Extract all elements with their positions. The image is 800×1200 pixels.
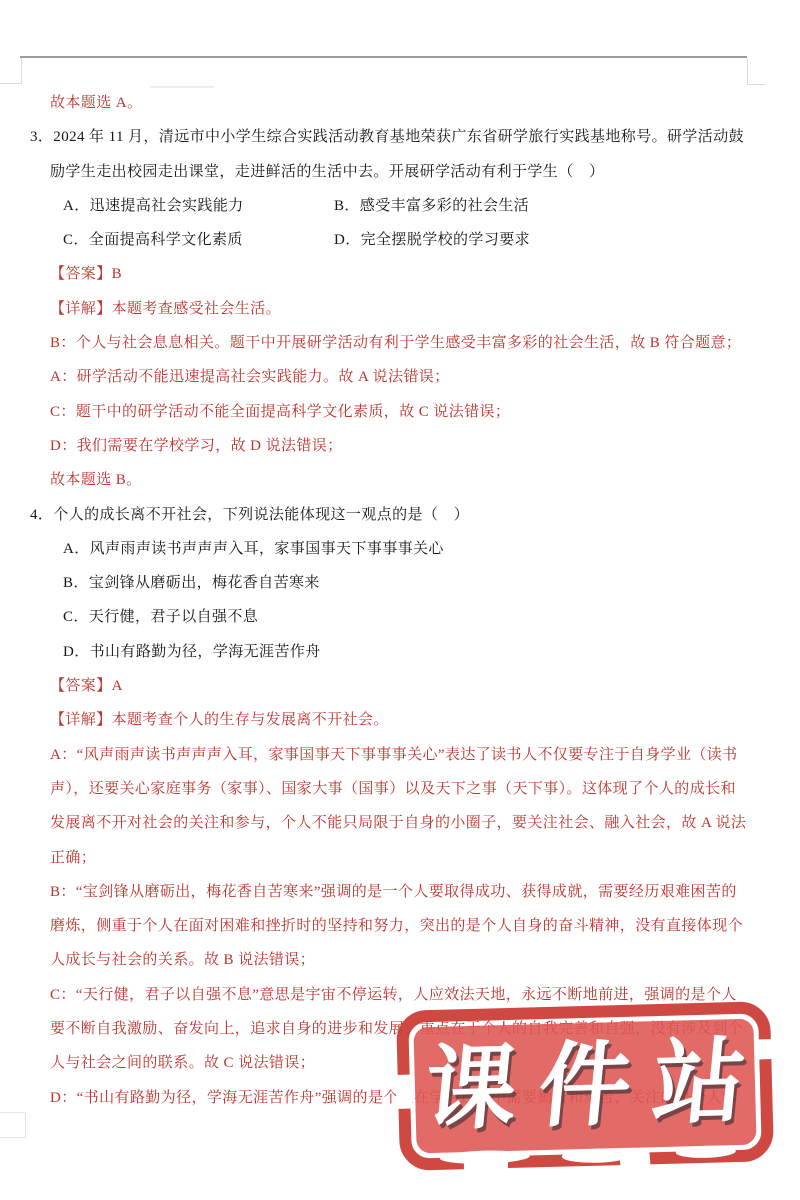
text-line: A：“风声雨声读书声声声入耳，家事国事天下事事事关心”表达了读书人不仅要专注于自… (50, 738, 754, 772)
text-line: 声），还要关心家庭事务（家事）、国家大事（国事）以及天下之事（天下事）。这体现了… (50, 772, 754, 806)
text-line: 故本题选 A。 (50, 86, 754, 120)
text-line: 3．2024 年 11 月，清远市中小学生综合实践活动教育基地荣获广东省研学旅行… (30, 120, 754, 154)
text-line: B：个人与社会息息相关。题干中开展研学活动有利于学生感受丰富多彩的社会生活，故 … (50, 326, 754, 360)
stamp-border-break (757, 1039, 774, 1059)
text-line: C．天行健，君子以自强不息 (63, 600, 754, 634)
stamp-text: 课件站 (421, 1035, 757, 1136)
text-line: B．宝剑锋从磨砺出，梅花香自苦寒来 (63, 566, 754, 600)
option-row: C．全面提高科学文化素质D．完全摆脱学校的学习要求 (63, 223, 754, 257)
text-line: A：研学活动不能迅速提高社会实践能力。故 A 说法错误； (50, 360, 754, 394)
text-line: D：我们需要在学校学习，故 D 说法错误； (50, 429, 754, 463)
stamp-border-break (396, 1075, 413, 1109)
option-row: A．迅速提高社会实践能力B．感受丰富多彩的社会生活 (63, 189, 754, 223)
document-content: 故本题选 A。3．2024 年 11 月，清远市中小学生综合实践活动教育基地荣获… (0, 86, 800, 1115)
text-line: 磨炼，侧重于个人在面对困难和挫折时的坚持和努力，突出的是个人自身的奋斗精神，没有… (50, 909, 754, 943)
option-cell: C．全面提高科学文化素质 (63, 223, 334, 257)
text-line: 4．个人的成长离不开社会，下列说法能体现这一观点的是（ ） (30, 498, 754, 532)
text-line: 励学生走出校园走出课堂，走进鲜活的生活中去。开展研学活动有利于学生（ ） (50, 155, 754, 189)
page-corner-notch-left (0, 58, 22, 84)
text-line: B：“宝剑锋从磨砺出，梅花香自苦寒来”强调的是一个人要取得成功、获得成就，需要经… (50, 875, 754, 909)
text-line: 【详解】本题考查感受社会生活。 (50, 292, 754, 326)
document-page: { "colors": { "red_text": "#bf312b", "bl… (0, 0, 800, 1200)
text-line: D．书山有路勤为径，学海无涯苦作舟 (63, 635, 754, 669)
page-separator-line (20, 56, 747, 58)
option-cell: B．感受丰富多彩的社会生活 (334, 198, 529, 214)
text-line: 正确； (50, 841, 754, 875)
text-line: 人成长与社会的关系。故 B 说法错误； (50, 943, 754, 977)
text-line: A．风声雨声读书声声声入耳，家事国事天下事事事关心 (63, 532, 754, 566)
text-line: 发展离不开对社会的关注和参与，个人不能只局限于自身的小圈子，要关注社会、融入社会… (50, 806, 754, 840)
stamp-ragged-edge (676, 1145, 736, 1159)
text-line: 【答案】B (50, 257, 754, 291)
page-corner-notch-bottom (0, 1112, 26, 1138)
text-line: C：题干中的研学活动不能全面提高科学文化素质，故 C 说法错误； (50, 395, 754, 429)
kejianzhan-stamp: 课件站 (396, 1001, 774, 1171)
stamp-background: 课件站 (413, 1019, 756, 1154)
text-line: 【答案】A (50, 669, 754, 703)
option-cell: D．完全摆脱学校的学习要求 (334, 232, 530, 248)
page-corner-notch-right (747, 58, 765, 85)
option-cell: A．迅速提高社会实践能力 (63, 189, 334, 223)
text-line: 【详解】本题考查个人的生存与发展离不开社会。 (50, 703, 754, 737)
text-line: 故本题选 B。 (50, 463, 754, 497)
